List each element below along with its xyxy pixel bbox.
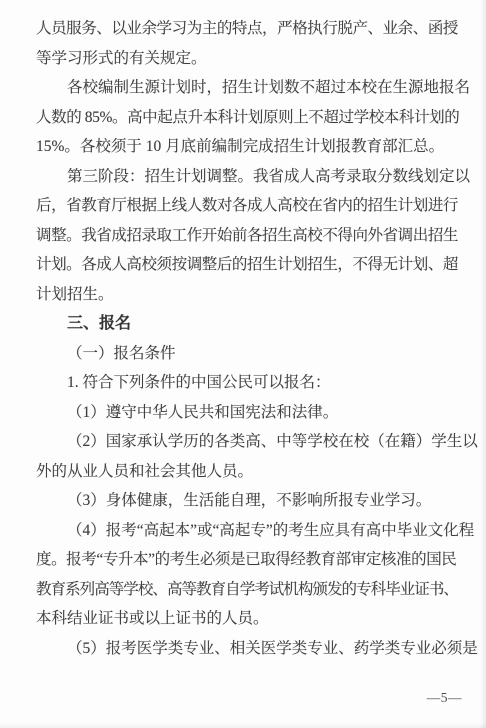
text-line: （3）身体健康，生活能自理，不影响所报专业学习。	[36, 486, 458, 516]
scan-edge-shadow-right	[480, 0, 486, 728]
text-line: （2）国家承认学历的各类高、中等学校在校（在籍）学生以	[36, 427, 458, 457]
text-line: 人数的 85%。高中起点升本科计划原则上不超过学校本科计划的	[36, 103, 458, 133]
page-number: —5—	[427, 688, 462, 708]
text-line: （1）遵守中华人民共和国宪法和法律。	[36, 398, 458, 428]
text-line: 等学习形式的有关规定。	[36, 44, 458, 74]
text-line: （5）报考医学类专业、相关医学类专业、药学类专业必须是	[36, 634, 458, 664]
text-line: 1. 符合下列条件的中国公民可以报名：	[36, 368, 458, 398]
text-line: 调整。我省成招录取工作开始前各招生高校不得向外省调出招生	[36, 221, 458, 251]
scan-edge-shadow-bottom	[0, 723, 486, 728]
text-block: 人员服务、以业余学习为主的特点，严格执行脱产、业余、函授等学习形式的有关规定。各…	[36, 14, 458, 663]
text-line: 计划招生。	[36, 280, 458, 310]
text-line: （4）报考“高起本”或“高起专”的考生应具有高中毕业文化程	[36, 516, 458, 546]
text-line: 计划。各成人高校须按调整后的招生计划招生，不得无计划、超	[36, 250, 458, 280]
text-line: 本科结业证书或以上证书的人员。	[36, 604, 458, 634]
text-line: 度。报考“专升本”的考生必须是已取得经教育部审定核准的国民	[36, 545, 458, 575]
text-line: 15%。各校须于 10 月底前编制完成招生计划报教育部汇总。	[36, 132, 458, 162]
document-page: 人员服务、以业余学习为主的特点，严格执行脱产、业余、函授等学习形式的有关规定。各…	[0, 0, 486, 728]
text-line: 三、报名	[36, 309, 458, 339]
text-line: 外的从业人员和社会其他人员。	[36, 457, 458, 487]
text-line: （一）报名条件	[36, 339, 458, 369]
text-line: 后，省教育厅根据上线人数对各成人高校在省内的招生计划进行	[36, 191, 458, 221]
text-line: 教育系列高等学校、高等教育自学考试机构颁发的专科毕业证书、	[36, 575, 458, 605]
text-line: 人员服务、以业余学习为主的特点，严格执行脱产、业余、函授	[36, 14, 458, 44]
text-line: 各校编制生源计划时，招生计划数不超过本校在生源地报名	[36, 73, 458, 103]
text-line: 第三阶段：招生计划调整。我省成人高考录取分数线划定以	[36, 162, 458, 192]
